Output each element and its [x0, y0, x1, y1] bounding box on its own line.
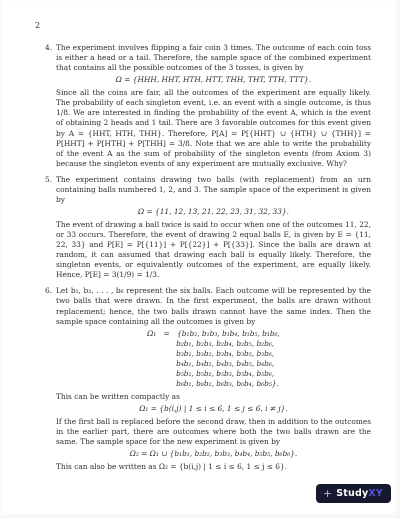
matrix-line: b₅b₁, b₅b₂, b₅b₃, b₅b₄, b₅b₆,: [147, 369, 280, 379]
solution-item-5: 5. The experiment contains drawing two b…: [45, 175, 371, 281]
page-number: 2: [35, 21, 40, 30]
paragraph: This can also be written as Ω₂ = {b(i,j)…: [56, 462, 371, 472]
display-equation-sample-space-coins: Ω = {HHH, HHT, HTH, HTT, THH, THT, TTH, …: [56, 75, 371, 85]
item-number: 5.: [45, 175, 52, 185]
brand-study: Study: [336, 488, 368, 499]
matrix-line: b₆b₁, b₆b₂, b₆b₃, b₆b₄, b₆b₅}.: [147, 379, 280, 389]
item-number: 6.: [45, 286, 52, 296]
studyxy-logo: + StudyXY: [316, 484, 391, 503]
solution-item-4: 4. The experiment involves flipping a fa…: [45, 43, 371, 169]
paragraph: The event of drawing a ball twice is sai…: [56, 220, 371, 280]
matrix-line: b₂b₁, b₂b₃, b₂b₄, b₂b₅, b₂b₆,: [147, 339, 280, 349]
paragraph: Let b₁, b₂, . . . , b₆ represent the six…: [56, 286, 371, 326]
sample-space-matrix: Ω₁ = {b₁b₂, b₁b₃, b₁b₄, b₁b₅, b₁b₆, b₂b₁…: [56, 329, 371, 389]
matrix-line: b₄b₁, b₄b₂, b₄b₃, b₄b₅, b₄b₆,: [147, 359, 280, 369]
brand-xy: XY: [368, 488, 383, 499]
matrix-line-text: {b₁b₂, b₁b₃, b₁b₄, b₁b₅, b₁b₆,: [177, 329, 280, 338]
plus-icon: +: [323, 488, 332, 499]
matrix-equals: =: [164, 329, 170, 338]
solutions-list: 4. The experiment involves flipping a fa…: [45, 43, 371, 478]
paragraph: The experiment involves flipping a fair …: [56, 43, 371, 73]
paragraph: The experiment contains drawing two ball…: [56, 175, 371, 205]
display-equation-compact-omega1: Ω₁ = {b(i,j) | 1 ≤ i ≤ 6, 1 ≤ j ≤ 6, i ≠…: [56, 404, 371, 414]
display-equation-omega2: Ω₂ = Ω₁ ∪ {b₁b₁, b₂b₂, b₃b₃, b₄b₄, b₅b₅,…: [56, 449, 371, 459]
item-number: 4.: [45, 43, 52, 53]
matrix-lhs: Ω₁: [147, 329, 156, 338]
document-page: 2 4. The experiment involves flipping a …: [0, 0, 400, 518]
matrix-line: Ω₁ = {b₁b₂, b₁b₃, b₁b₄, b₁b₅, b₁b₆,: [147, 329, 280, 339]
display-equation-sample-space-balls: Ω = {11, 12, 13, 21, 22, 23, 31, 32, 33}…: [56, 207, 371, 217]
paragraph: This can be written compactly as: [56, 392, 371, 402]
matrix-line: b₃b₁, b₃b₂, b₃b₄, b₃b₅, b₃b₆,: [147, 349, 280, 359]
paragraph: If the first ball is replaced before the…: [56, 417, 371, 447]
paragraph: Since all the coins are fair, all the ou…: [56, 88, 371, 169]
solution-item-6: 6. Let b₁, b₂, . . . , b₆ represent the …: [45, 286, 371, 472]
